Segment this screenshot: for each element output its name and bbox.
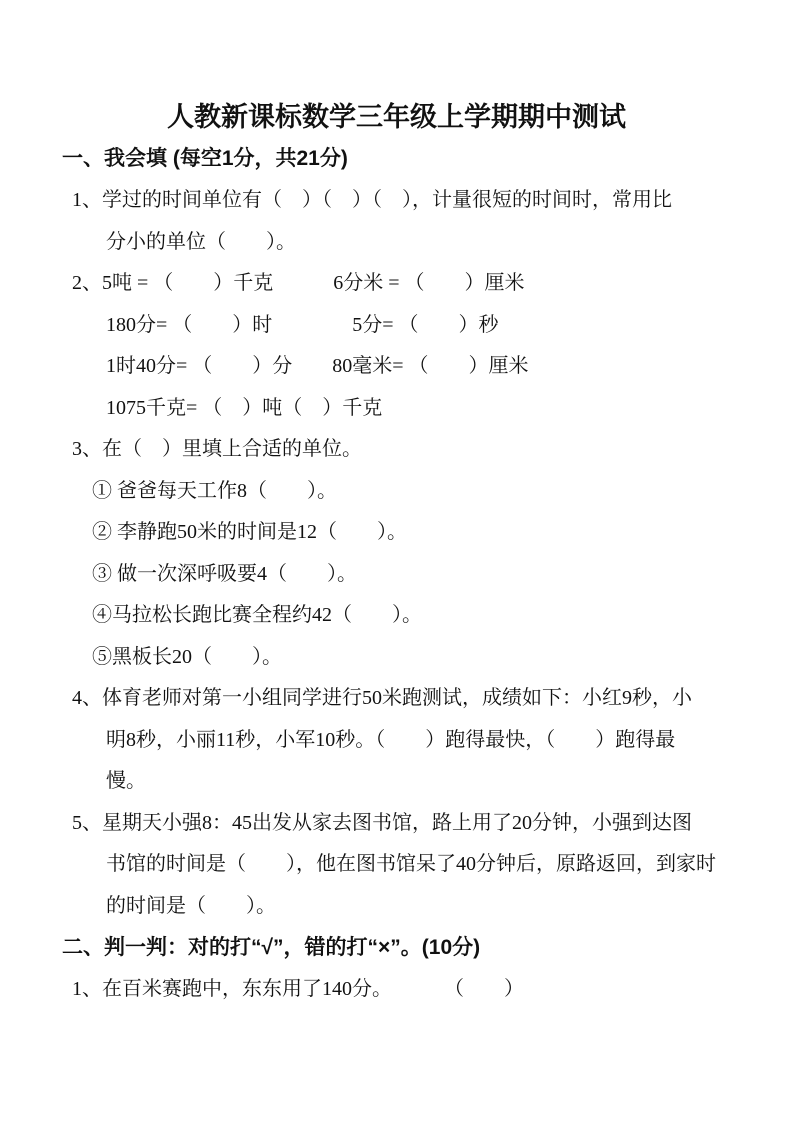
- s2-q1-text: 1、在百米赛跑中，东东用了140分。: [72, 978, 392, 1000]
- s2-q1-line: 1、在百米赛跑中，东东用了140分。（ ）: [62, 969, 731, 1011]
- s1-q4-line3: 慢。: [62, 761, 731, 803]
- s1-q2-line4: 1075千克= （ ）吨（ ）千克: [62, 388, 731, 430]
- s1-q3-item1: ① 爸爸每天工作8（ ）。: [62, 471, 731, 513]
- section1-heading: 一、我会填 (每空1分，共21分): [62, 138, 731, 180]
- s1-q5-line2: 书馆的时间是（ ），他在图书馆呆了40分钟后，原路返回，到家时: [62, 844, 731, 886]
- section2-heading: 二、判一判：对的打“√”，错的打“×”。(10分): [62, 927, 731, 969]
- s1-q1-line2: 分小的单位（ ）。: [62, 222, 731, 264]
- s1-q3-line1: 3、在（ ）里填上合适的单位。: [62, 429, 731, 471]
- s1-q3-item2: ② 李静跑50米的时间是12（ ）。: [62, 512, 731, 554]
- s1-q2-line1: 2、5吨 = （ ）千克 6分米 = （ ）厘米: [62, 263, 731, 305]
- s2-q1-answer-blank: （ ）: [454, 978, 524, 1000]
- s1-q4-line1: 4、体育老师对第一小组同学进行50米跑测试，成绩如下：小红9秒，小: [62, 678, 731, 720]
- s1-q5-line3: 的时间是（ ）。: [62, 886, 731, 928]
- s1-q2-line3: 1时40分= （ ）分 80毫米= （ ）厘米: [62, 346, 731, 388]
- s1-q5-line1: 5、星期天小强8：45出发从家去图书馆，路上用了20分钟，小强到达图: [62, 803, 731, 845]
- page-title: 人教新课标数学三年级上学期期中测试: [62, 96, 731, 138]
- s1-q1-line1: 1、学过的时间单位有（ ）（ ）（ ），计量很短的时间时，常用比: [62, 180, 731, 222]
- s1-q3-item4: ④马拉松长跑比赛全程约42（ ）。: [62, 595, 731, 637]
- s1-q3-item5: ⑤黑板长20（ ）。: [62, 637, 731, 679]
- test-paper-page: 人教新课标数学三年级上学期期中测试 一、我会填 (每空1分，共21分) 1、学过…: [0, 0, 793, 1122]
- s1-q3-item3: ③ 做一次深呼吸要4（ ）。: [62, 554, 731, 596]
- s1-q2-line2: 180分= （ ）时 5分= （ ）秒: [62, 305, 731, 347]
- s1-q4-line2: 明8秒，小丽11秒，小军10秒。（ ）跑得最快，（ ）跑得最: [62, 720, 731, 762]
